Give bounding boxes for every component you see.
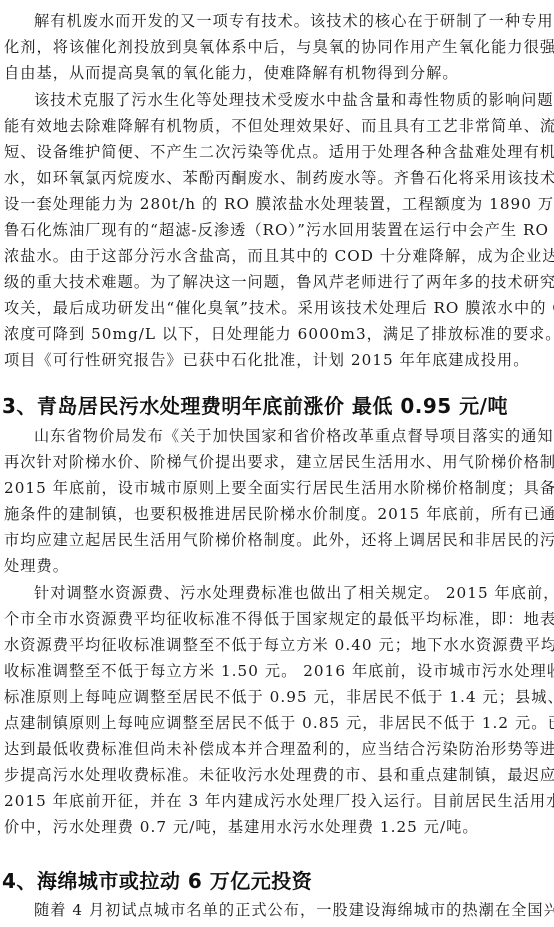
text-line: 2015 年底前，设市城市原则上要全面实行居民生活用水阶梯价格制度；具备实 bbox=[4, 478, 552, 498]
text-line: 再次针对阶梯水价、阶梯气价提出要求，建立居民生活用水、用气阶梯价格制度。 bbox=[4, 452, 552, 472]
text-line: 2015 年底前开征，并在 3 年内建成污水处理厂投入运行。目前居民生活用水水 bbox=[4, 791, 552, 811]
text-line: 短、设备维护简便、不产生二次污染等优点。适用于处理各种含盐难处理有机废 bbox=[4, 142, 552, 162]
text-line: 施条件的建制镇，也要积极推进居民阶梯水价制度。2015 年底前，所有已通气城 bbox=[4, 504, 552, 524]
text-line: 点建制镇原则上每吨应调整至居民不低于 0.85 元，非居民不低于 1.2 元。已… bbox=[4, 713, 552, 733]
text-line: 市均应建立起居民生活用气阶梯价格制度。此外，还将上调居民和非居民的污水 bbox=[4, 530, 552, 550]
document-page: 解有机废水而开发的又一项专有技术。该技术的核心在于研制了一种专用催 化剂，将该催… bbox=[0, 0, 554, 927]
text-line: 标准原则上每吨应调整至居民不低于 0.95 元，非居民不低于 1.4 元；县城、… bbox=[4, 687, 552, 707]
text-line: 级的重大技术难题。为了解决这一问题，鲁风芹老师进行了两年多的技术研究和 bbox=[4, 272, 552, 292]
text-line: 随着 4 月初试点城市名单的正式公布，一股建设海绵城市的热潮在全国兴 bbox=[34, 900, 552, 920]
text-line: 化剂，将该催化剂投放到臭氧体系中后，与臭氧的协同作用产生氧化能力很强的 bbox=[4, 37, 552, 57]
text-line: 设一套处理能力为 280t/h 的 RO 膜浓盐水处理装置，工程额度为 1890… bbox=[4, 194, 552, 214]
text-line: 自由基，从而提高臭氧的氧化能力，使难降解有机物得到分解。 bbox=[4, 63, 552, 83]
text-line: 收标准调整至不低于每立方米 1.50 元。 2016 年底前，设市城市污水处理收… bbox=[4, 661, 552, 681]
text-line: 浓盐水。由于这部分污水含盐高，而且其中的 COD 十分难降解，成为企业达标升 bbox=[4, 246, 552, 266]
text-line: 鲁石化炼油厂现有的“超滤-反渗透（RO）”污水回用装置在运行中会产生 RO 膜 bbox=[4, 220, 552, 240]
text-line: 个市全市水资源费平均征收标准不得低于国家规定的最低平均标准，即：地表水 bbox=[4, 609, 552, 629]
text-line: 价中，污水处理费 0.7 元/吨，基建用水污水处理费 1.25 元/吨。 bbox=[4, 817, 552, 837]
text-line: 水，如环氧氯丙烷废水、苯酚丙酮废水、制药废水等。齐鲁石化将采用该技术建 bbox=[4, 168, 552, 188]
text-line: 能有效地去除难降解有机物质，不但处理效果好、而且具有工艺非常简单、流程 bbox=[4, 116, 552, 136]
text-line: 解有机废水而开发的又一项专有技术。该技术的核心在于研制了一种专用催 bbox=[34, 11, 552, 31]
text-line: 水资源费平均征收标准调整至不低于每立方米 0.40 元；地下水水资源费平均征 bbox=[4, 635, 552, 655]
text-line: 处理费。 bbox=[4, 556, 552, 576]
text-line: 达到最低收费标准但尚未补偿成本并合理盈利的，应当结合污染防治形势等进一 bbox=[4, 739, 552, 759]
section-heading-3: 3、青岛居民污水处理费明年底前涨价 最低 0.95 元/吨 bbox=[2, 393, 508, 419]
text-line: 山东省物价局发布《关于加快国家和省价格改革重点督导项目落实的通知》， bbox=[34, 426, 552, 446]
text-line: 该技术克服了污水生化等处理技术受废水中盐含量和毒性物质的影响问题， bbox=[34, 90, 552, 110]
text-line: 项目《可行性研究报告》已获中石化批准，计划 2015 年年底建成投用。 bbox=[4, 350, 552, 370]
section-heading-4: 4、海绵城市或拉动 6 万亿元投资 bbox=[2, 868, 312, 894]
text-line: 针对调整水资源费、污水处理费标准也做出了相关规定。 2015 年底前，17 bbox=[34, 583, 552, 603]
text-line: 浓度可降到 50mg/L 以下，日处理能力 6000m3，满足了排放标准的要求。… bbox=[4, 324, 552, 344]
text-line: 攻关，最后成功研发出“催化臭氧”技术。采用该技术处理后 RO 膜浓水中的 COD bbox=[4, 298, 552, 318]
text-line: 步提高污水处理收费标准。未征收污水处理费的市、县和重点建制镇，最迟应于 bbox=[4, 765, 552, 785]
